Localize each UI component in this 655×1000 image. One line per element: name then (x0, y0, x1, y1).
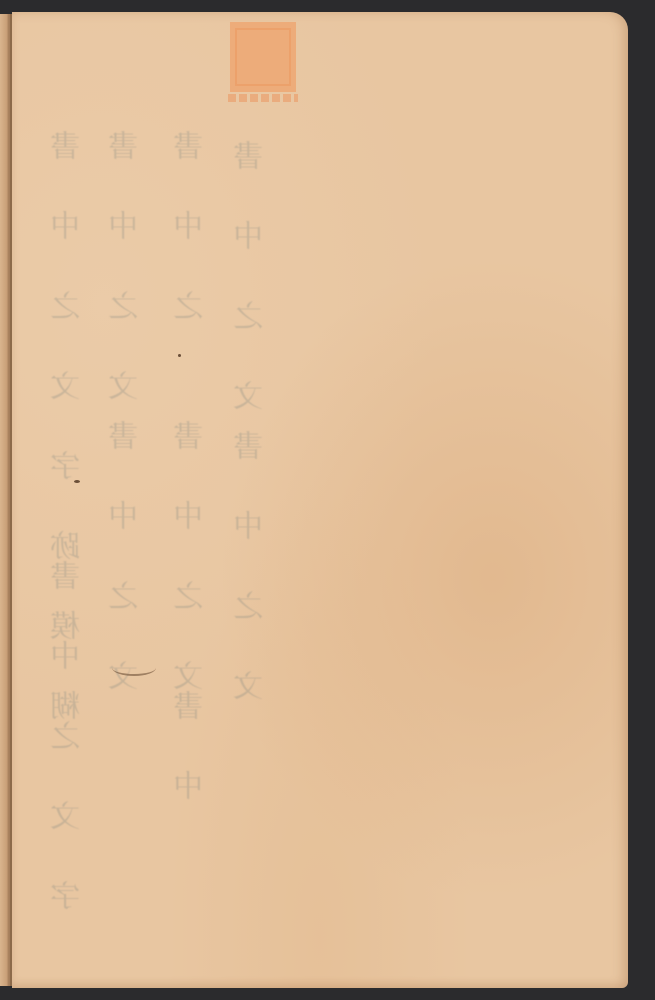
bleed-through-column: 書 中 (175, 690, 209, 810)
paper-speck (74, 480, 80, 483)
bleed-through-column: 書 中 之 文 字 (52, 560, 86, 920)
seal-border (235, 28, 291, 86)
seal-stamp (230, 22, 296, 92)
bleed-through-column: 書 中 之 文 (235, 430, 269, 710)
seal-caption (228, 94, 298, 102)
bleed-through-column: 書 中 之 (175, 130, 209, 330)
bleed-through-column: 書 中 之 文 (175, 420, 209, 700)
paper-hair-mark (112, 660, 156, 676)
bleed-through-column: 書 中 之 文 (110, 420, 144, 700)
bleed-through-column: 書 中 之 文 (110, 130, 144, 410)
book-page: 書 中 之 文書 中 之 文書 中 之書 中 之 文書 中書 中 之 文書 中 … (12, 12, 628, 988)
bleed-through-column: 書 中 之 文 (235, 140, 269, 420)
paper-speck (178, 354, 181, 357)
